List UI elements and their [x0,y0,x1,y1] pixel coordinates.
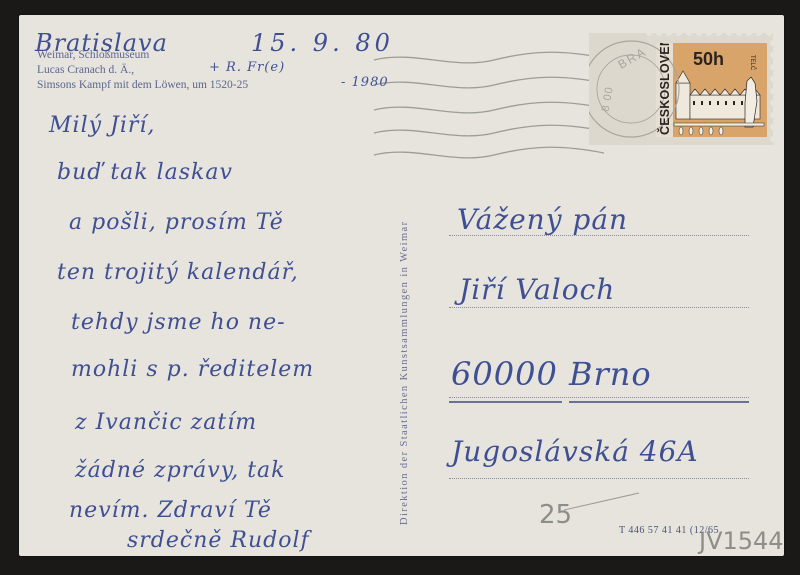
handwritten-annotation-artist: + R. Fr(e) [209,60,285,75]
postcode-underline [449,401,562,403]
cancellation-wave-lines [364,40,614,160]
message-line-6: mohli s p. ředitelem [71,357,314,382]
message-line-2: buď tak laskav [57,160,233,185]
address-rule-2 [449,307,749,308]
vertical-credit: Direktion der Staatlichen Kunstsammlunge… [399,220,410,525]
handwritten-date: 15. 9. 80 [251,29,394,57]
stamp-country-band: ČESKOSLOVENSKO [656,43,673,137]
message-line-1: Milý Jiří, [49,113,155,138]
message-line-7: z Ivančic zatím [75,410,257,435]
stamp-graphic [589,31,774,147]
caption-title: Simsons Kampf mit dem Löwen, um 1520-25 [37,78,248,93]
postcard: Weimar, Schloßmuseum Lucas Cranach d. Ä.… [19,15,784,556]
address-salutation: Vážený pán [457,203,628,236]
stamp-country: ČESKOSLOVENSKO [658,43,672,135]
message-line-8: žádné zprávy, tak [75,458,286,483]
stamp-designer-mark: TELČ [749,55,755,70]
city-underline [569,401,749,403]
pencil-stroke [559,485,649,515]
handwritten-place: Bratislava [35,29,168,57]
message-line-3: a pošli, prosím Tě [69,210,284,235]
message-signature: srdečně Rudolf [127,528,310,553]
address-name: Jiří Valoch [459,273,615,306]
address-rule-3-dotted [449,397,749,398]
address-city: 60000 Brno [451,355,652,393]
stamp-value: 50h [693,49,724,70]
postage-stamp: ČESKOSLOVENSKO 50h TELČ BRA 8 00 [589,31,774,147]
address-rule-4 [449,478,749,479]
message-line-5: tehdy jsme ho ne- [71,310,286,335]
handwritten-annotation-year: - 1980 [341,75,389,90]
address-street: Jugoslávská 46A [451,435,699,468]
pencil-archive-id: JV1544 [699,527,784,555]
message-line-4: ten trojitý kalendář, [57,260,299,285]
message-line-9: nevím. Zdraví Tě [69,498,272,523]
